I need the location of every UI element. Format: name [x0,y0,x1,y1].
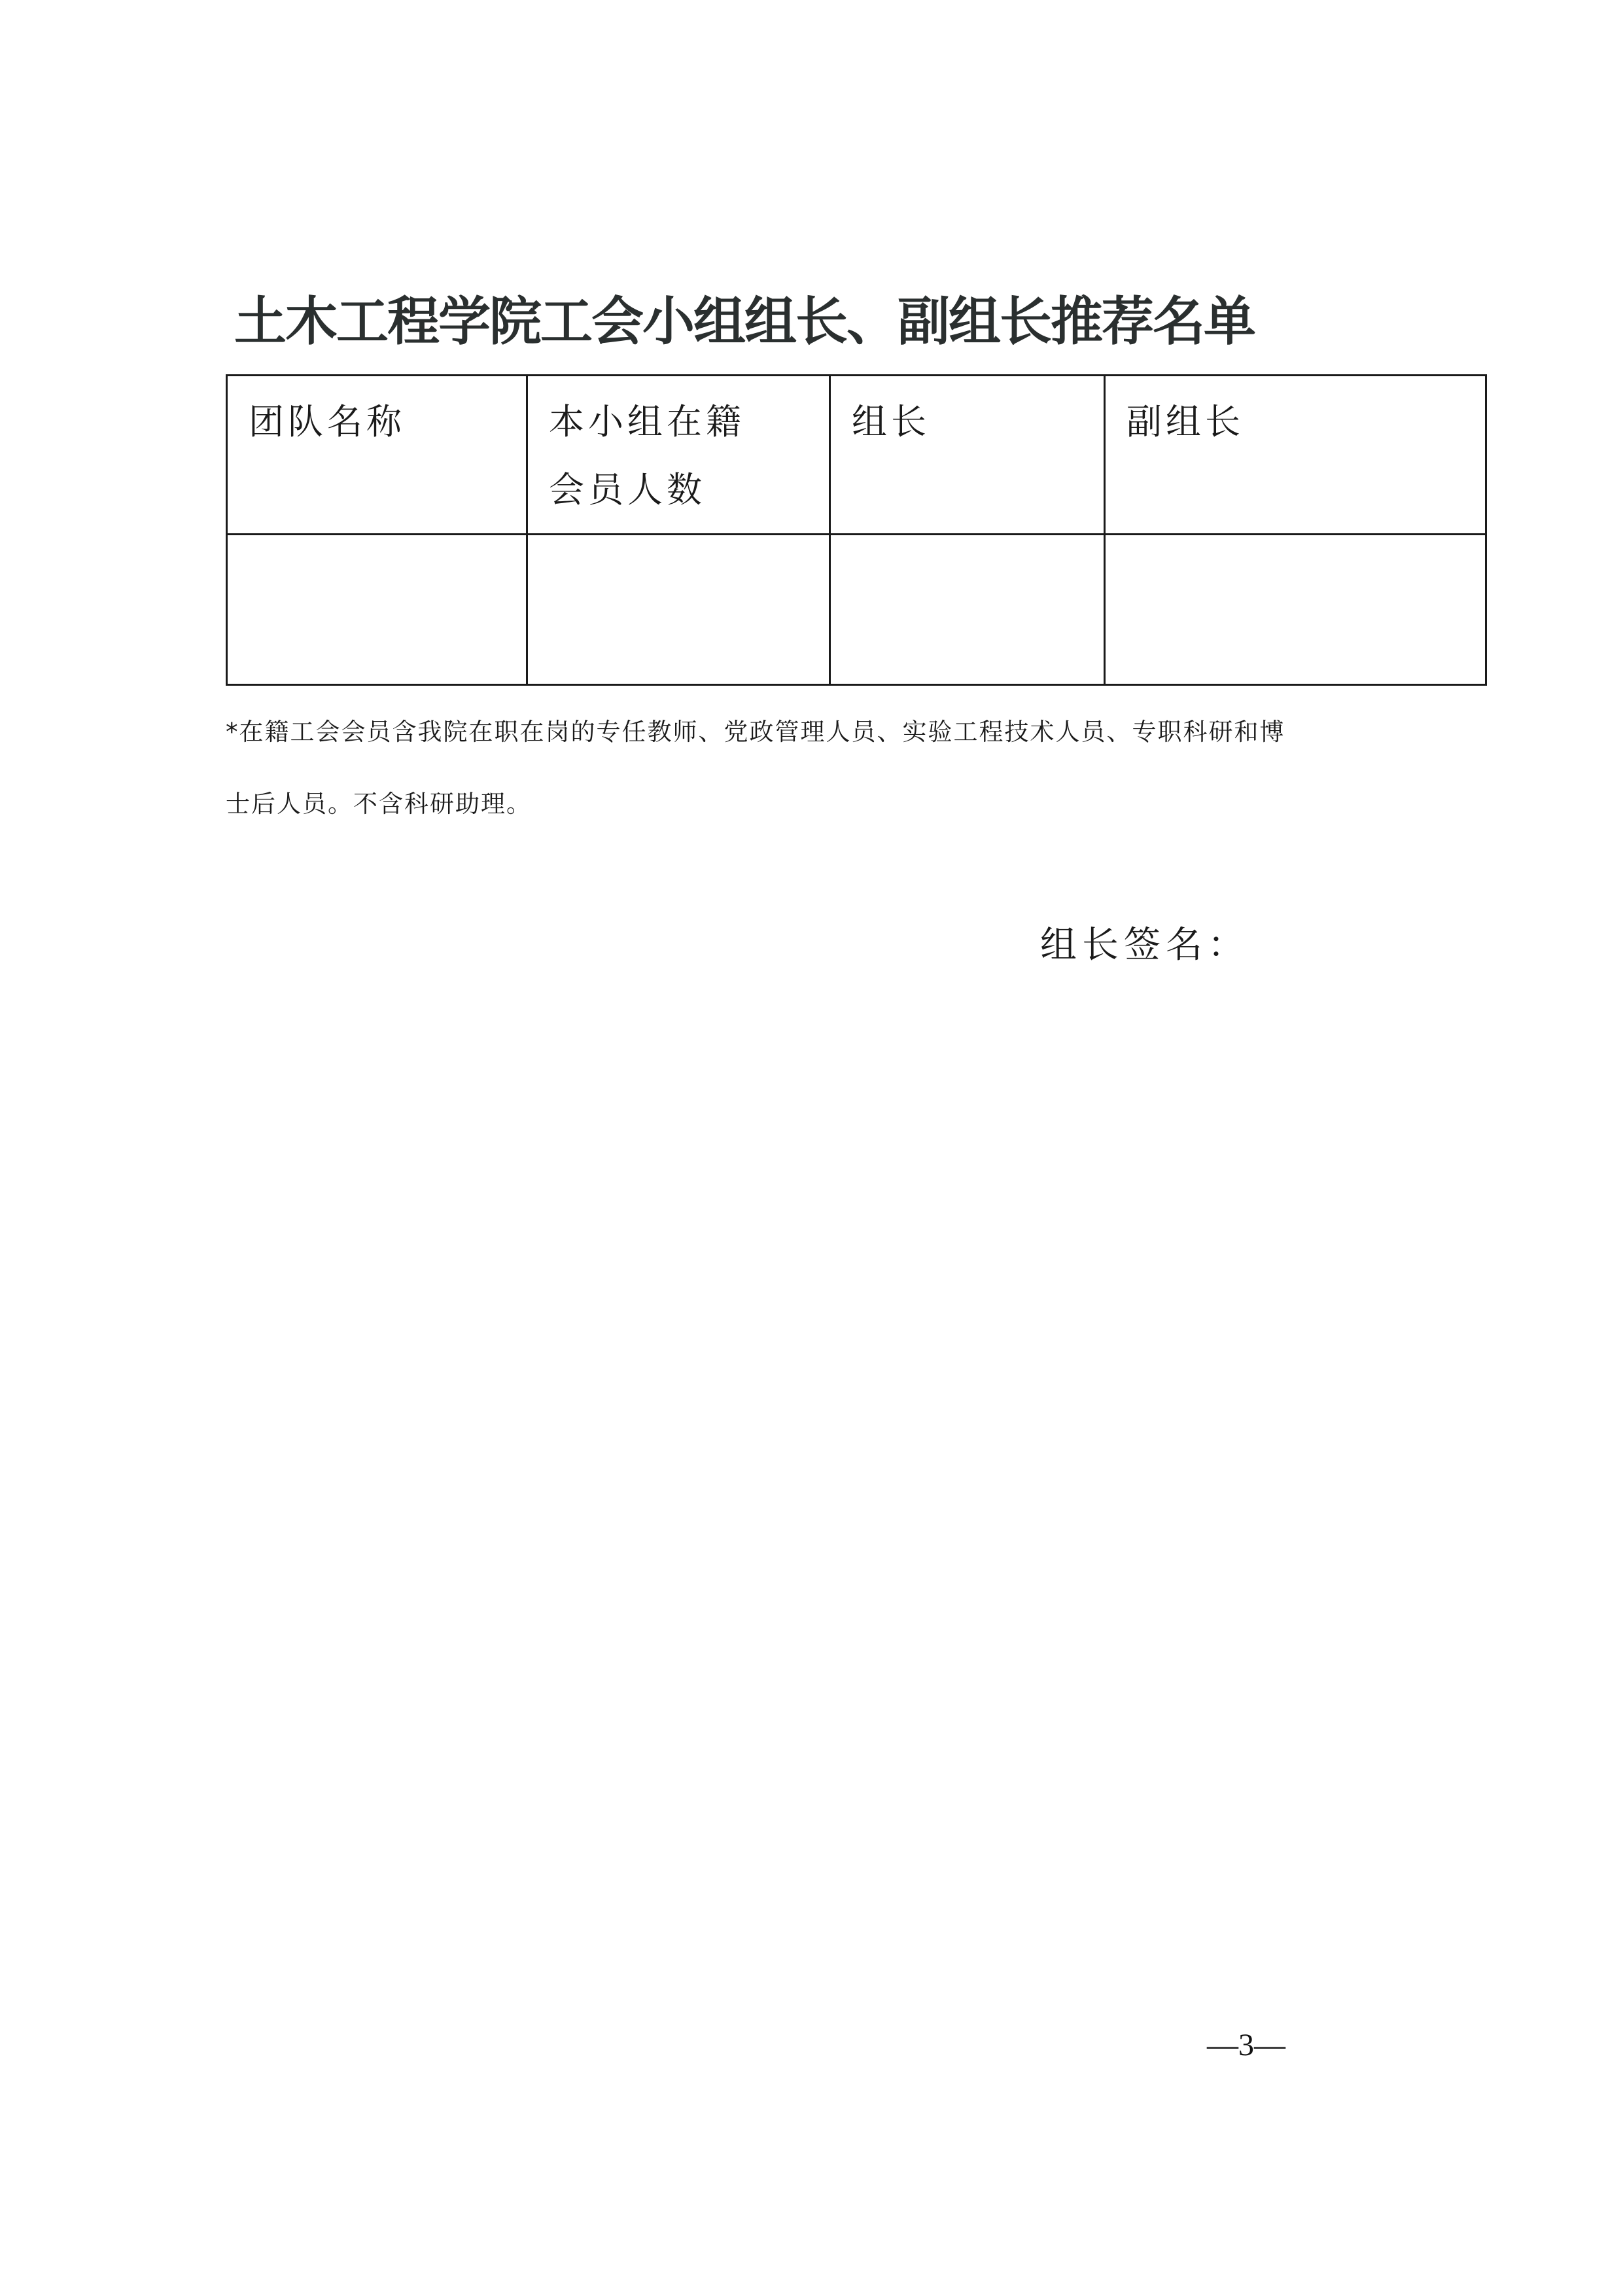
header-group-leader: 组长 [830,376,1105,535]
table-row [227,535,1486,685]
cell-team-name[interactable] [227,535,527,685]
header-team-name: 团队名称 [227,376,527,535]
page-number: —3— [1207,2027,1285,2063]
table-header-row: 团队名称 本小组在籍 会员人数 组长 副组长 [227,376,1486,535]
header-member-count: 本小组在籍 会员人数 [527,376,830,535]
nomination-table: 团队名称 本小组在籍 会员人数 组长 副组长 [226,374,1487,686]
footnote-line-1: *在籍工会会员含我院在职在岗的专任教师、党政管理人员、实验工程技术人员、专职科研… [226,712,1285,747]
signature-label: 组长签名： [1040,916,1249,968]
header-deputy-leader: 副组长 [1105,376,1486,535]
cell-deputy-leader[interactable] [1105,535,1486,685]
footnote-line-2: 士后人员。不含科研助理。 [226,784,532,819]
cell-member-count[interactable] [527,535,830,685]
document-title: 土木工程学院工会小组组长、副组长推荐名单 [234,283,1425,361]
cell-group-leader[interactable] [830,535,1105,685]
